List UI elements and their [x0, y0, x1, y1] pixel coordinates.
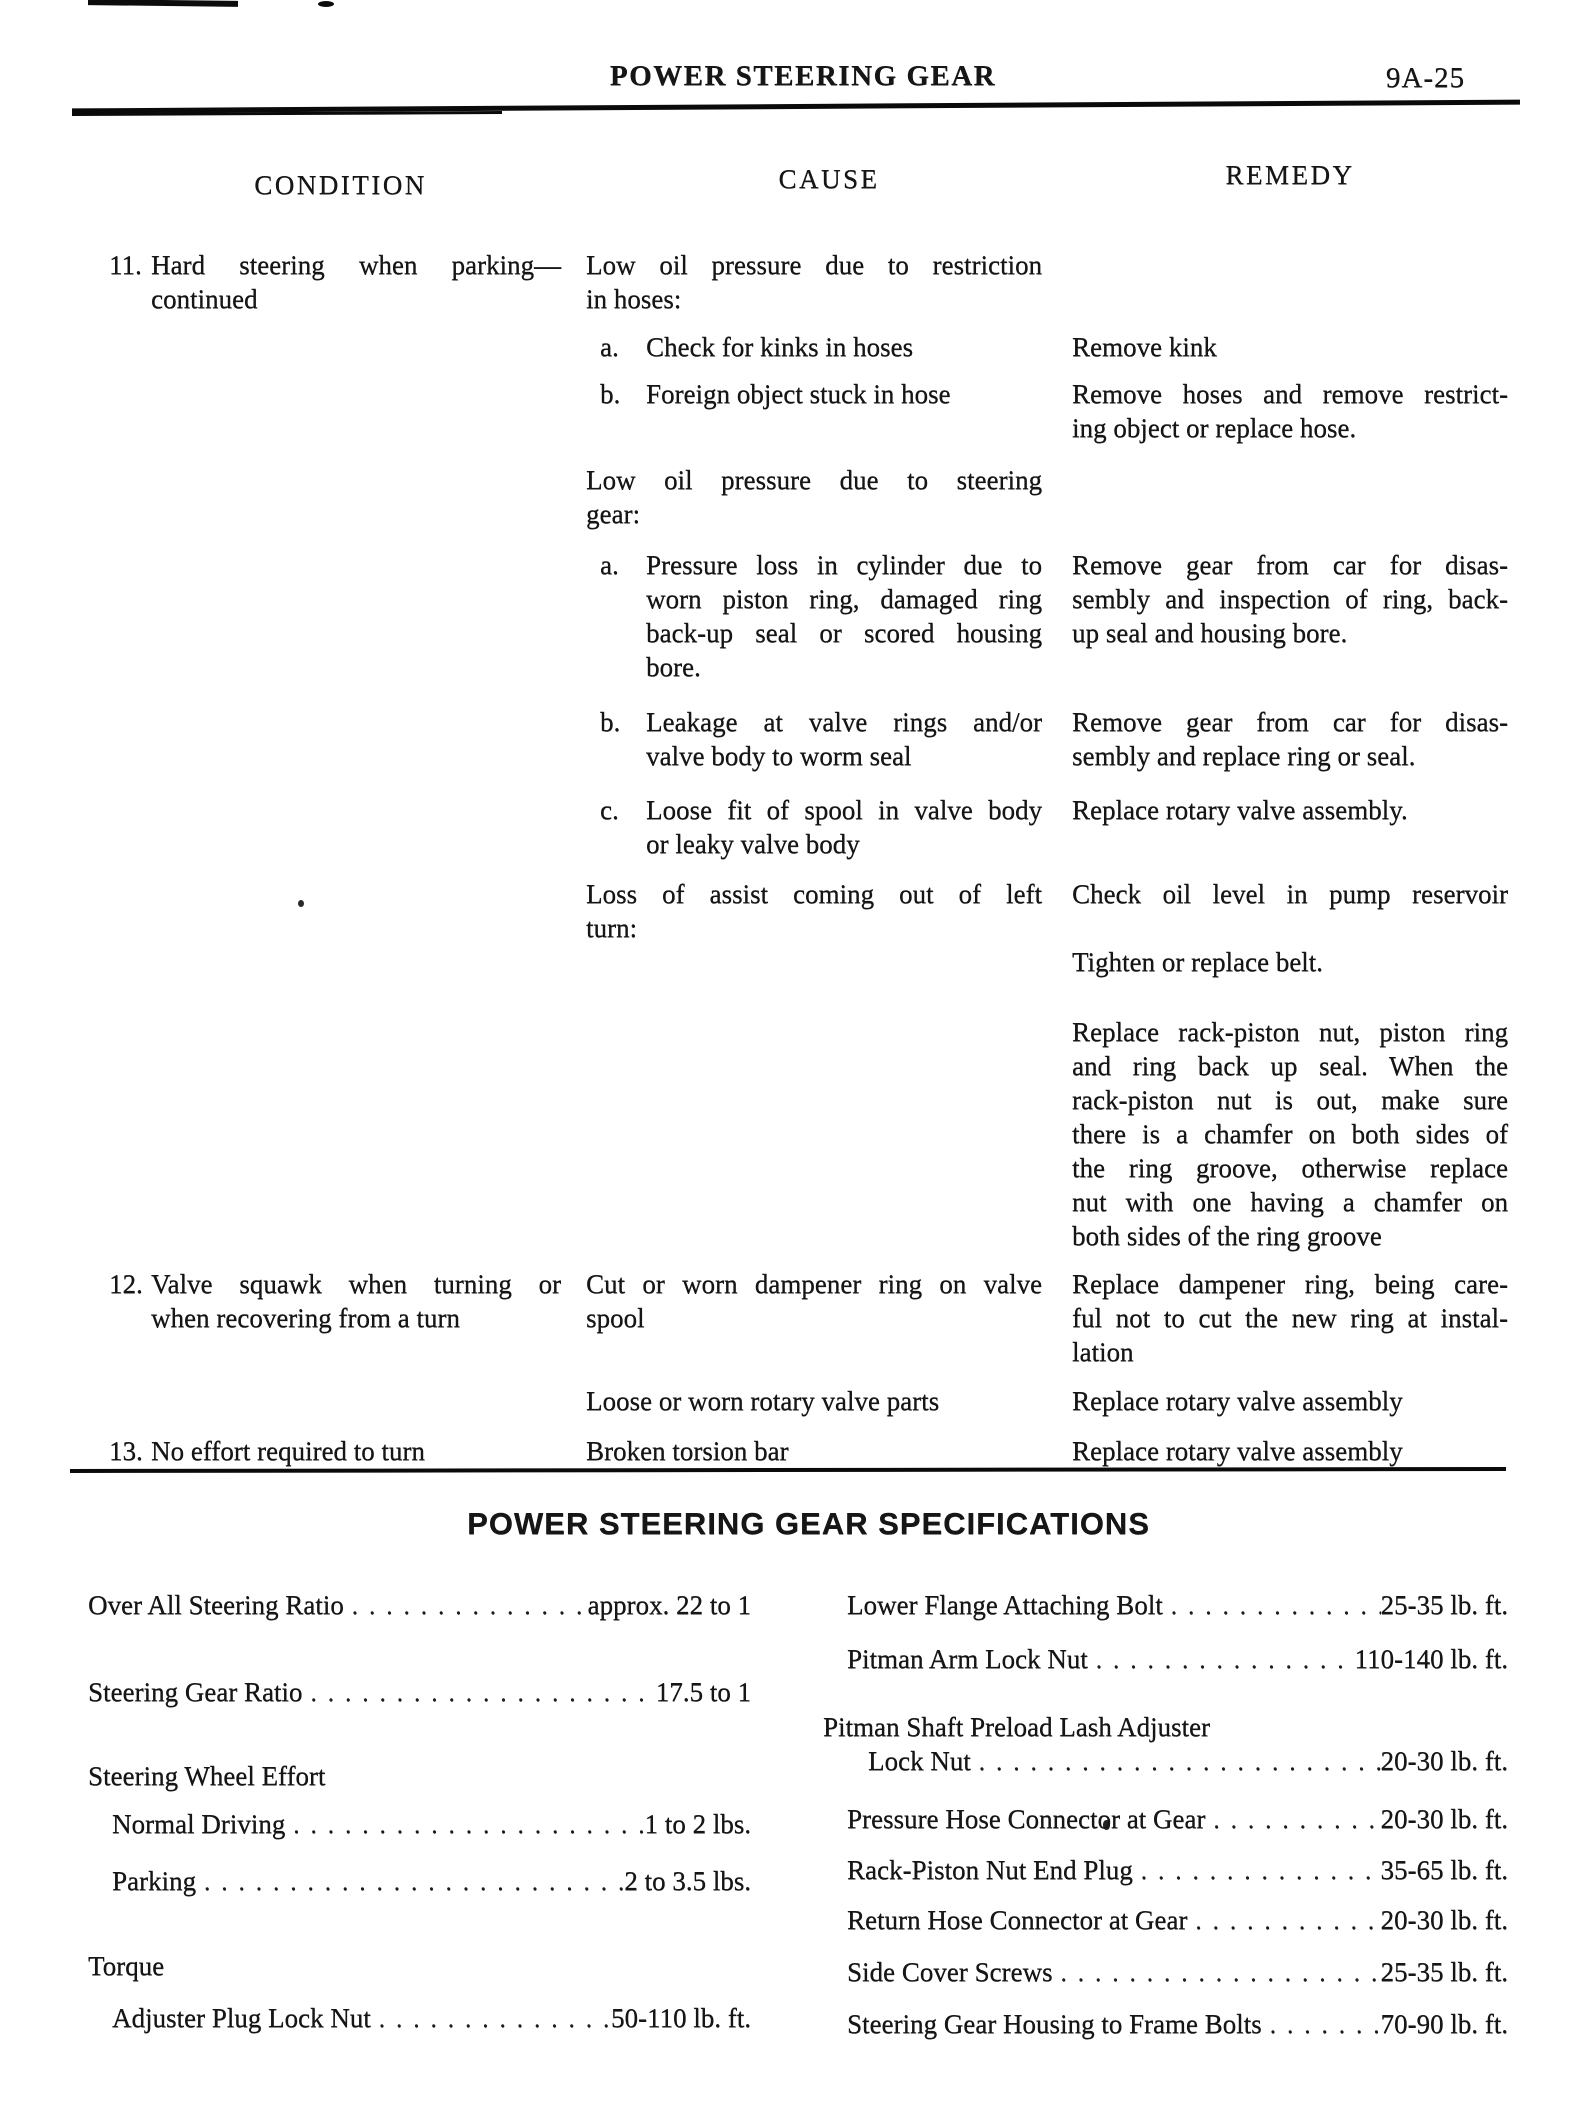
table-row: Low oil pressure due to steeringgear:	[95, 463, 1508, 531]
spec-label: Lower Flange Attaching Bolt	[847, 1588, 1163, 1622]
cause-text: Loose fit of spool in valve bodyor leaky…	[646, 793, 1042, 861]
table-row: a.Pressure loss in cylinder due toworn p…	[95, 548, 1508, 684]
spec-value: 50-110 lb. ft.	[611, 2001, 751, 2035]
page-title: POWER STEERING GEAR	[113, 60, 1493, 93]
page-number: 9A-25	[1386, 62, 1465, 95]
condition-number: 11.	[109, 248, 142, 282]
spec-label: Normal Driving	[112, 1807, 285, 1841]
spec-label: Steering Gear Ratio	[88, 1675, 302, 1709]
spec-line: Steering Wheel Effort	[88, 1759, 751, 1793]
table-row: c.Loose fit of spool in valve bodyor lea…	[95, 793, 1508, 861]
text-line: turn:	[586, 911, 1042, 945]
spec-line: Over All Steering Ratioapprox. 22 to 1	[88, 1588, 751, 1624]
cause-cell: Loose or worn rotary valve parts	[586, 1384, 1072, 1418]
condition-cell	[95, 1384, 586, 1418]
text-line: No effort required to turn	[151, 1434, 561, 1468]
condition-number: 12.	[109, 1267, 143, 1301]
divider-rule	[72, 111, 502, 116]
spec-line: Parking2 to 3.5 lbs.	[88, 1864, 751, 1900]
remedy-text: Remove kink	[1072, 330, 1508, 364]
text-line: Tighten or replace belt.	[1072, 945, 1508, 979]
cause-item-letter: c.	[600, 793, 619, 827]
dot-leader	[1088, 1642, 1355, 1678]
remedy-cell: Replace rotary valve assembly	[1072, 1434, 1508, 1468]
table-row: b.Leakage at valve rings and/orvalve bod…	[95, 705, 1508, 773]
cause-cell	[586, 1015, 1072, 1253]
text-line: Cut or worn dampener ring on valve	[586, 1267, 1042, 1301]
condition-text: Valve squawk when turning orwhen recover…	[151, 1267, 561, 1335]
text-line: Remove kink	[1072, 330, 1508, 364]
dot-leader	[285, 1807, 644, 1843]
condition-cell	[95, 877, 586, 945]
spec-label: Over All Steering Ratio	[88, 1588, 344, 1622]
spec-entry: Adjuster Plug Lock Nut50-110 lb. ft.	[88, 2001, 751, 2037]
cause-cell: Loss of assist coming out of leftturn:	[586, 877, 1072, 945]
spec-value: 110-140 lb. ft.	[1355, 1642, 1508, 1676]
spec-line: Lower Flange Attaching Bolt25-35 lb. ft.	[823, 1588, 1508, 1624]
spec-label: Pressure Hose Connector at Gear	[847, 1802, 1205, 1836]
condition-number: 13.	[109, 1434, 143, 1468]
table-row: 13.No effort required to turnBroken tors…	[95, 1434, 1508, 1468]
remedy-cell: Replace rotary valve assembly	[1072, 1384, 1508, 1418]
spec-line: Pitman Arm Lock Nut110-140 lb. ft.	[823, 1642, 1508, 1678]
spec-value: 25-35 lb. ft.	[1381, 1955, 1509, 1989]
spec-line: Torque	[88, 1949, 751, 1983]
cause-item-letter: b.	[600, 377, 620, 411]
dot-leader	[302, 1675, 655, 1711]
text-line: Valve squawk when turning or	[151, 1267, 561, 1301]
ink-artifact	[318, 1, 334, 7]
text-line: Replace rotary valve assembly.	[1072, 793, 1508, 827]
remedy-text: Replace dampener ring, being care-ful no…	[1072, 1267, 1508, 1369]
spec-label: Lock Nut	[868, 1744, 971, 1778]
ink-artifact	[88, 0, 238, 7]
text-line: Replace rack-piston nut, piston ring	[1072, 1015, 1508, 1049]
spec-entry: Return Hose Connector at Gear20-30 lb. f…	[823, 1903, 1508, 1939]
text-line: Broken torsion bar	[586, 1434, 1042, 1468]
remedy-cell: Remove hoses and remove restrict-ing obj…	[1072, 377, 1508, 445]
spec-label: Adjuster Plug Lock Nut	[112, 2001, 371, 2035]
dot-leader	[196, 1864, 624, 1900]
spec-value: 35-65 lb. ft.	[1381, 1853, 1509, 1887]
text-line: Loose fit of spool in valve body	[646, 793, 1042, 827]
column-header-cause: CAUSE	[586, 162, 1072, 196]
table-row: Loose or worn rotary valve partsReplace …	[95, 1384, 1508, 1418]
spec-column-right: Lower Flange Attaching Bolt25-35 lb. ft.…	[823, 1588, 1508, 2043]
spec-label: Torque	[88, 1949, 164, 1983]
dot-leader	[1052, 1955, 1380, 1991]
remedy-text: Remove hoses and remove restrict-ing obj…	[1072, 377, 1508, 445]
text-line: the ring groove, otherwise replace	[1072, 1151, 1508, 1185]
cause-item-letter: b.	[600, 705, 620, 739]
cause-text: Foreign object stuck in hose	[646, 377, 1042, 411]
text-line: Check oil level in pump reservoir	[1072, 877, 1508, 911]
table-header-row: CONDITION CAUSE REMEDY	[95, 168, 1508, 202]
spec-line: Rack-Piston Nut End Plug35-65 lb. ft.	[823, 1853, 1508, 1889]
condition-cell	[95, 548, 586, 684]
cause-cell: Cut or worn dampener ring on valvespool	[586, 1267, 1072, 1369]
text-line: in hoses:	[586, 282, 1042, 316]
dot-leader	[1262, 2007, 1381, 2043]
cause-text: Cut or worn dampener ring on valvespool	[586, 1267, 1042, 1335]
remedy-cell: Remove gear from car for disas-sembly an…	[1072, 705, 1508, 773]
table-row: b.Foreign object stuck in hoseRemove hos…	[95, 377, 1508, 445]
text-line: spool	[586, 1301, 1042, 1335]
cause-cell: a.Pressure loss in cylinder due toworn p…	[586, 548, 1072, 684]
remedy-cell: Replace rotary valve assembly.	[1072, 793, 1508, 861]
text-line: nut with one having a chamfer on	[1072, 1185, 1508, 1219]
text-line: Loose or worn rotary valve parts	[586, 1384, 1042, 1418]
cause-item-letter: a.	[600, 548, 619, 582]
text-line: worn piston ring, damaged ring	[646, 582, 1042, 616]
spec-entry: Pitman Arm Lock Nut110-140 lb. ft.	[823, 1642, 1508, 1678]
table-row: a.Check for kinks in hosesRemove kink	[95, 330, 1508, 364]
condition-text: Hard steering when parking—continued	[151, 248, 561, 316]
text-line: when recovering from a turn	[151, 1301, 561, 1335]
spec-value: 25-35 lb. ft.	[1381, 1588, 1509, 1622]
condition-cell: 13.No effort required to turn	[95, 1434, 586, 1468]
spec-label: Side Cover Screws	[847, 1955, 1052, 1989]
condition-text: No effort required to turn	[151, 1434, 561, 1468]
condition-cell	[95, 1015, 586, 1253]
spec-entry: Steering Gear Housing to Frame Bolts70-9…	[823, 2007, 1508, 2043]
remedy-cell: Remove gear from car for disas-sembly an…	[1072, 548, 1508, 684]
remedy-text: Remove gear from car for disas-sembly an…	[1072, 548, 1508, 650]
dot-leader	[1133, 1853, 1381, 1889]
text-line: up seal and housing bore.	[1072, 616, 1508, 650]
cause-cell: Broken torsion bar	[586, 1434, 1072, 1468]
condition-cell	[95, 463, 586, 531]
spec-line: Normal Driving1 to 2 lbs.	[88, 1807, 751, 1843]
text-line: gear:	[586, 497, 1042, 531]
spec-line: Side Cover Screws25-35 lb. ft.	[823, 1955, 1508, 1991]
remedy-cell: Replace dampener ring, being care-ful no…	[1072, 1267, 1508, 1369]
dot-leader	[1163, 1588, 1381, 1624]
spec-entry: Normal Driving1 to 2 lbs.	[88, 1807, 751, 1843]
remedy-text: Replace rotary valve assembly	[1072, 1384, 1508, 1418]
spec-label: Pitman Arm Lock Nut	[847, 1642, 1088, 1676]
cause-text: Low oil pressure due to restrictionin ho…	[586, 248, 1042, 316]
dot-leader	[1205, 1802, 1380, 1838]
text-line: both sides of the ring groove	[1072, 1219, 1508, 1253]
spec-value: 20-30 lb. ft.	[1381, 1903, 1509, 1937]
text-line: continued	[151, 282, 561, 316]
dot-leader	[371, 2001, 611, 2037]
text-line: valve body to worm seal	[646, 739, 1042, 773]
condition-cell	[95, 945, 586, 979]
text-line: sembly and inspection of ring, back-	[1072, 582, 1508, 616]
remedy-cell: Remove kink	[1072, 330, 1508, 364]
cause-cell: c.Loose fit of spool in valve bodyor lea…	[586, 793, 1072, 861]
text-line: Replace rotary valve assembly	[1072, 1434, 1508, 1468]
text-line: Foreign object stuck in hose	[646, 377, 1042, 411]
cause-text: Broken torsion bar	[586, 1434, 1042, 1468]
spec-entry: Steering Wheel Effort	[88, 1759, 751, 1793]
condition-cell	[95, 793, 586, 861]
cause-text: Check for kinks in hoses	[646, 330, 1042, 364]
spec-entry: Side Cover Screws25-35 lb. ft.	[823, 1955, 1508, 1991]
remedy-cell: Check oil level in pump reservoir	[1072, 877, 1508, 945]
cause-text: Pressure loss in cylinder due toworn pis…	[646, 548, 1042, 684]
table-row: Loss of assist coming out of leftturn:Ch…	[95, 877, 1508, 945]
spec-line: Pitman Shaft Preload Lash Adjuster	[823, 1710, 1508, 1744]
spec-entry: Steering Gear Ratio17.5 to 1	[88, 1675, 751, 1711]
spec-label: Return Hose Connector at Gear	[847, 1903, 1187, 1937]
spec-value: 20-30 lb. ft.	[1381, 1744, 1509, 1778]
spec-entry: Torque	[88, 1949, 751, 1983]
cause-cell: Low oil pressure due to steeringgear:	[586, 463, 1072, 531]
spec-value: 2 to 3.5 lbs.	[624, 1864, 751, 1898]
text-line: Remove hoses and remove restrict-	[1072, 377, 1508, 411]
remedy-text: Tighten or replace belt.	[1072, 945, 1508, 979]
spec-entry: Pressure Hose Connector at Gear20-30 lb.…	[823, 1802, 1508, 1838]
spec-label: Rack-Piston Nut End Plug	[847, 1853, 1133, 1887]
spec-value: 20-30 lb. ft.	[1381, 1802, 1509, 1836]
text-line: Loss of assist coming out of left	[586, 877, 1042, 911]
cause-text: Loss of assist coming out of leftturn:	[586, 877, 1042, 945]
dot-leader	[1187, 1903, 1380, 1939]
spec-entry: Lower Flange Attaching Bolt25-35 lb. ft.	[823, 1588, 1508, 1624]
text-line: Remove gear from car for disas-	[1072, 548, 1508, 582]
text-line: there is a chamfer on both sides of	[1072, 1117, 1508, 1151]
text-line: Low oil pressure due to steering	[586, 463, 1042, 497]
spec-label: Pitman Shaft Preload Lash Adjuster	[823, 1710, 1210, 1744]
text-line: or leaky valve body	[646, 827, 1042, 861]
condition-cell	[95, 377, 586, 445]
spec-label: Steering Gear Housing to Frame Bolts	[847, 2007, 1262, 2041]
column-header-condition: CONDITION	[95, 168, 586, 202]
spec-line: Return Hose Connector at Gear20-30 lb. f…	[823, 1903, 1508, 1939]
spec-label: Parking	[112, 1864, 196, 1898]
column-header-remedy: REMEDY	[1072, 158, 1508, 192]
table-row: Replace rack-piston nut, piston ringand …	[95, 1015, 1508, 1253]
remedy-cell	[1072, 248, 1508, 316]
remedy-cell	[1072, 463, 1508, 531]
remedy-text: Replace rotary valve assembly	[1072, 1434, 1508, 1468]
text-line: and ring back up seal. When the	[1072, 1049, 1508, 1083]
text-line: Leakage at valve rings and/or	[646, 705, 1042, 739]
spec-entry: Parking2 to 3.5 lbs.	[88, 1864, 751, 1900]
remedy-text: Replace rack-piston nut, piston ringand …	[1072, 1015, 1508, 1253]
condition-cell: 12.Valve squawk when turning orwhen reco…	[95, 1267, 586, 1369]
text-line: Low oil pressure due to restriction	[586, 248, 1042, 282]
cause-cell: b.Foreign object stuck in hose	[586, 377, 1072, 445]
section-title: POWER STEERING GEAR SPECIFICATIONS	[101, 1506, 1516, 1542]
troubleshooting-table: CONDITION CAUSE REMEDY 11.Hard steering …	[95, 168, 1508, 1468]
text-line: ing object or replace hose.	[1072, 411, 1508, 445]
spec-column-left: Over All Steering Ratioapprox. 22 to 1St…	[88, 1588, 751, 2037]
spec-line: Steering Gear Housing to Frame Bolts70-9…	[823, 2007, 1508, 2043]
remedy-text: Replace rotary valve assembly.	[1072, 793, 1508, 827]
spec-line: Adjuster Plug Lock Nut50-110 lb. ft.	[88, 2001, 751, 2037]
cause-cell	[586, 945, 1072, 979]
text-line: back-up seal or scored housing	[646, 616, 1042, 650]
text-line: bore.	[646, 650, 1042, 684]
spec-line: Steering Gear Ratio17.5 to 1	[88, 1675, 751, 1711]
text-line: rack-piston nut is out, make sure	[1072, 1083, 1508, 1117]
condition-cell	[95, 705, 586, 773]
remedy-cell: Tighten or replace belt.	[1072, 945, 1508, 979]
remedy-cell: Replace rack-piston nut, piston ringand …	[1072, 1015, 1508, 1253]
table-row: Tighten or replace belt.	[95, 945, 1508, 979]
remedy-text: Check oil level in pump reservoir	[1072, 877, 1508, 911]
text-line: Pressure loss in cylinder due to	[646, 548, 1042, 582]
remedy-text: Remove gear from car for disas-sembly an…	[1072, 705, 1508, 773]
spec-value: approx. 22 to 1	[588, 1588, 751, 1622]
table-row: 12.Valve squawk when turning orwhen reco…	[95, 1267, 1508, 1369]
divider-rule	[70, 1467, 1506, 1473]
spec-value: 70-90 lb. ft.	[1381, 2007, 1509, 2041]
spec-line: Pressure Hose Connector at Gear20-30 lb.…	[823, 1802, 1508, 1838]
spec-value: 17.5 to 1	[656, 1675, 751, 1709]
spec-entry: Pitman Shaft Preload Lash AdjusterLock N…	[823, 1710, 1508, 1780]
cause-cell: Low oil pressure due to restrictionin ho…	[586, 248, 1072, 316]
cause-text: Loose or worn rotary valve parts	[586, 1384, 1042, 1418]
text-line: Hard steering when parking—	[151, 248, 561, 282]
cause-cell: a.Check for kinks in hoses	[586, 330, 1072, 364]
text-line: Check for kinks in hoses	[646, 330, 1042, 364]
condition-cell: 11.Hard steering when parking—continued	[95, 248, 586, 316]
spec-label: Steering Wheel Effort	[88, 1759, 325, 1793]
text-line: Remove gear from car for disas-	[1072, 705, 1508, 739]
spec-line: Lock Nut20-30 lb. ft.	[823, 1744, 1508, 1780]
manual-page: POWER STEERING GEAR 9A-25 CONDITION CAUS…	[0, 0, 1583, 2114]
spec-entry: Rack-Piston Nut End Plug35-65 lb. ft.	[823, 1853, 1508, 1889]
cause-text: Low oil pressure due to steeringgear:	[586, 463, 1042, 531]
cause-text: Leakage at valve rings and/orvalve body …	[646, 705, 1042, 773]
spec-entry: Over All Steering Ratioapprox. 22 to 1	[88, 1588, 751, 1624]
table-row: 11.Hard steering when parking—continuedL…	[95, 248, 1508, 316]
text-line: Replace dampener ring, being care-	[1072, 1267, 1508, 1301]
text-line: lation	[1072, 1335, 1508, 1369]
text-line: ful not to cut the new ring at instal-	[1072, 1301, 1508, 1335]
spec-value: 1 to 2 lbs.	[644, 1807, 751, 1841]
condition-cell	[95, 330, 586, 364]
text-line: sembly and replace ring or seal.	[1072, 739, 1508, 773]
cause-cell: b.Leakage at valve rings and/orvalve bod…	[586, 705, 1072, 773]
cause-item-letter: a.	[600, 330, 619, 364]
dot-leader	[344, 1588, 588, 1624]
text-line: Replace rotary valve assembly	[1072, 1384, 1508, 1418]
dot-leader	[971, 1744, 1381, 1780]
